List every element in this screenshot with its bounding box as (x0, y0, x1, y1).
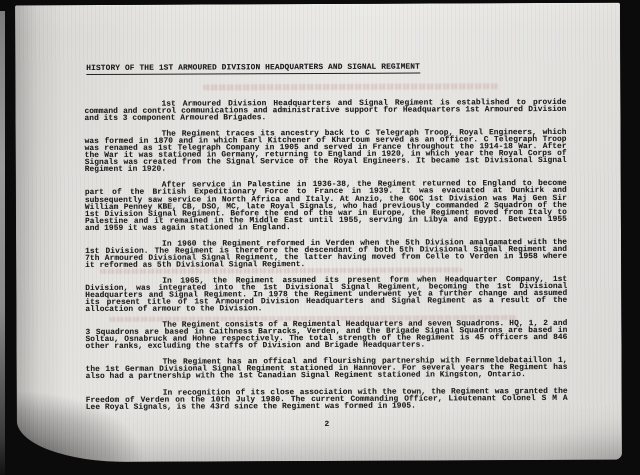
paragraph-2: The Regiment traces its ancestry back to… (85, 129, 567, 173)
photo-frame: HISTORY OF THE 1ST ARMOURED DIVISION HEA… (0, 0, 640, 475)
paragraph-6: The Regiment consists of a Regimental He… (85, 320, 567, 350)
document-body: 1st Armoured Division Headquarters and S… (84, 99, 567, 411)
photo-edge-left (0, 0, 5, 475)
paragraph-1: 1st Armoured Division Headquarters and S… (84, 99, 566, 122)
paragraph-3: After service in Palestine in 1936-38, t… (85, 180, 567, 231)
document-text-column: HISTORY OF THE 1ST ARMOURED DIVISION HEA… (84, 55, 568, 430)
paragraph-5: In 1965, the Regiment assumed its presen… (85, 276, 567, 313)
paragraph-4: In 1960 the Regiment reformed in Verden … (85, 239, 567, 269)
document-title: HISTORY OF THE 1ST ARMOURED DIVISION HEA… (86, 63, 420, 75)
paragraph-7: The Regiment has an offical and flourish… (86, 357, 568, 380)
paragraph-8: In recognition of its close association … (86, 387, 568, 410)
photo-corner-mark (0, 0, 11, 11)
title-row: HISTORY OF THE 1ST ARMOURED DIVISION HEA… (86, 55, 566, 101)
page-number: 2 (86, 419, 568, 430)
document-page: HISTORY OF THE 1ST ARMOURED DIVISION HEA… (15, 3, 622, 463)
